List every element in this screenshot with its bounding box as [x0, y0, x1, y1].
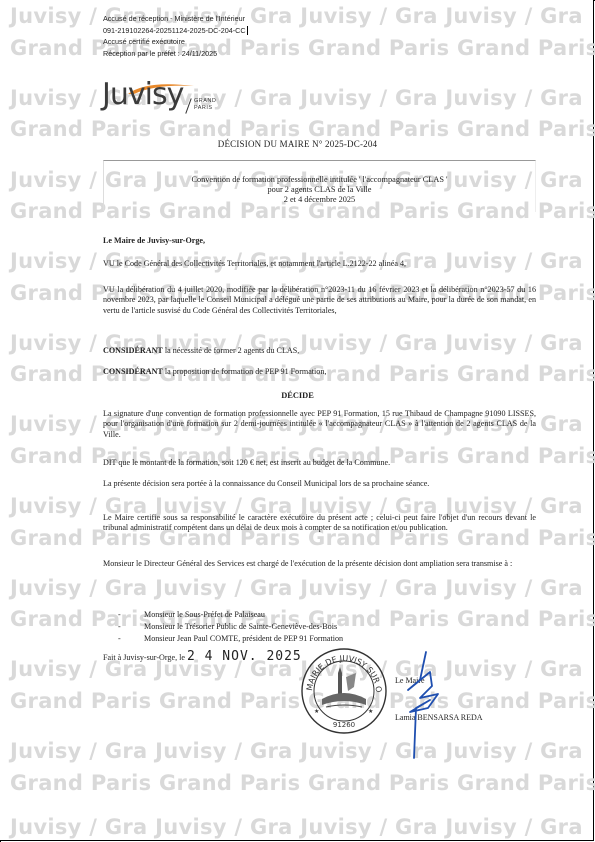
stamped-date: 2 4 NOV. 2025	[187, 649, 302, 664]
logo-slash-icon	[185, 98, 191, 113]
juvisy-logo: Juvisy GRAND PARIS	[102, 80, 222, 120]
decision-title: DÉCISION DU MAIRE N° 2025-DC-204	[0, 139, 595, 149]
list-bullet: -	[118, 621, 121, 633]
recipient-item: -Monsieur Jean Paul COMTE, président de …	[118, 633, 343, 645]
recipient-name: Monsieur Jean Paul COMTE, président de P…	[144, 634, 343, 643]
subject-line: 2 et 4 décembre 2025	[104, 195, 535, 205]
article-council: La présente décision sera portée à la co…	[103, 479, 536, 489]
logo-subtitle: GRAND PARIS	[194, 98, 216, 111]
town-hall-seal-icon: MAIRIE DE JUVISY SUR ORGE 91260 ★ ★	[300, 647, 388, 735]
considerant-paragraph-2: CONSIDÉRANT la proposition de formation …	[103, 367, 536, 377]
considerant-label: CONSIDÉRANT	[103, 346, 163, 355]
svg-text:91260: 91260	[333, 721, 355, 729]
vu-paragraph-2: VU la délibération du 4 juillet 2020, mo…	[103, 285, 536, 316]
signature-place-date: Fait à Juvisy-sur-Orge, le 2 4 NOV. 2025	[103, 649, 302, 664]
recipients-list: -Monsieur le Sous-Préfet de Palaiseau -M…	[118, 609, 343, 645]
subject-line: Convention de formation professionnelle …	[104, 175, 535, 185]
logo-wordmark: Juvisy	[102, 77, 183, 112]
receipt-line-certified: Accusé certifié exécutoire	[103, 36, 248, 48]
svg-text:★: ★	[314, 708, 319, 715]
receipt-line-ministry: Accusé de réception - Ministère de l'Int…	[103, 13, 248, 25]
article-signature: La signature d'une convention de formati…	[103, 409, 536, 440]
receipt-stamp: Accusé de réception - Ministère de l'Int…	[103, 13, 248, 59]
logo-subtitle-paris: PARIS	[194, 105, 216, 112]
considerant-text: la proposition de formation de PEP 91 Fo…	[163, 367, 327, 376]
intro-mayor: Le Maire de Juvisy-sur-Orge,	[103, 236, 536, 246]
considerant-text: la nécessité de former 2 agents du CLAS,	[163, 346, 299, 355]
logo-subtitle-grand: GRAND	[194, 98, 216, 105]
considerant-label: CONSIDÉRANT	[103, 367, 163, 376]
considerant-paragraph-1: CONSIDÉRANT la nécessité de former 2 age…	[103, 346, 536, 356]
receipt-line-prefect: Réception par le préfet : 24/11/2025	[103, 48, 248, 60]
receipt-reference: 091-219102264-20251124-2025-DC-204-CC	[103, 26, 248, 35]
article-amount: DIT que le montant de la formation, soit…	[103, 458, 536, 468]
svg-text:★: ★	[368, 708, 373, 715]
decision-subject-box: Convention de formation professionnelle …	[103, 160, 536, 212]
document-content: Accusé de réception - Ministère de l'Int…	[0, 0, 595, 842]
article-execution: Monsieur le Directeur Général des Servic…	[103, 559, 536, 569]
mayor-signature-icon	[400, 650, 445, 760]
recipient-name: Monsieur le Trésorier Public de Sainte-G…	[144, 622, 337, 631]
list-bullet: -	[118, 609, 121, 621]
recipient-item: -Monsieur le Trésorier Public de Sainte-…	[118, 621, 343, 633]
article-executory: Le Maire certifie sous sa responsabilité…	[103, 513, 536, 534]
vu-paragraph-1: VU le Code Général des Collectivités Ter…	[103, 259, 536, 269]
decide-heading: DÉCIDE	[0, 391, 595, 400]
recipient-item: -Monsieur le Sous-Préfet de Palaiseau	[118, 609, 343, 621]
recipient-name: Monsieur le Sous-Préfet de Palaiseau	[144, 610, 265, 619]
fait-text: Fait à Juvisy-sur-Orge, le	[103, 653, 185, 662]
list-bullet: -	[118, 633, 121, 645]
subject-line: pour 2 agents CLAS de la Ville	[104, 185, 535, 195]
